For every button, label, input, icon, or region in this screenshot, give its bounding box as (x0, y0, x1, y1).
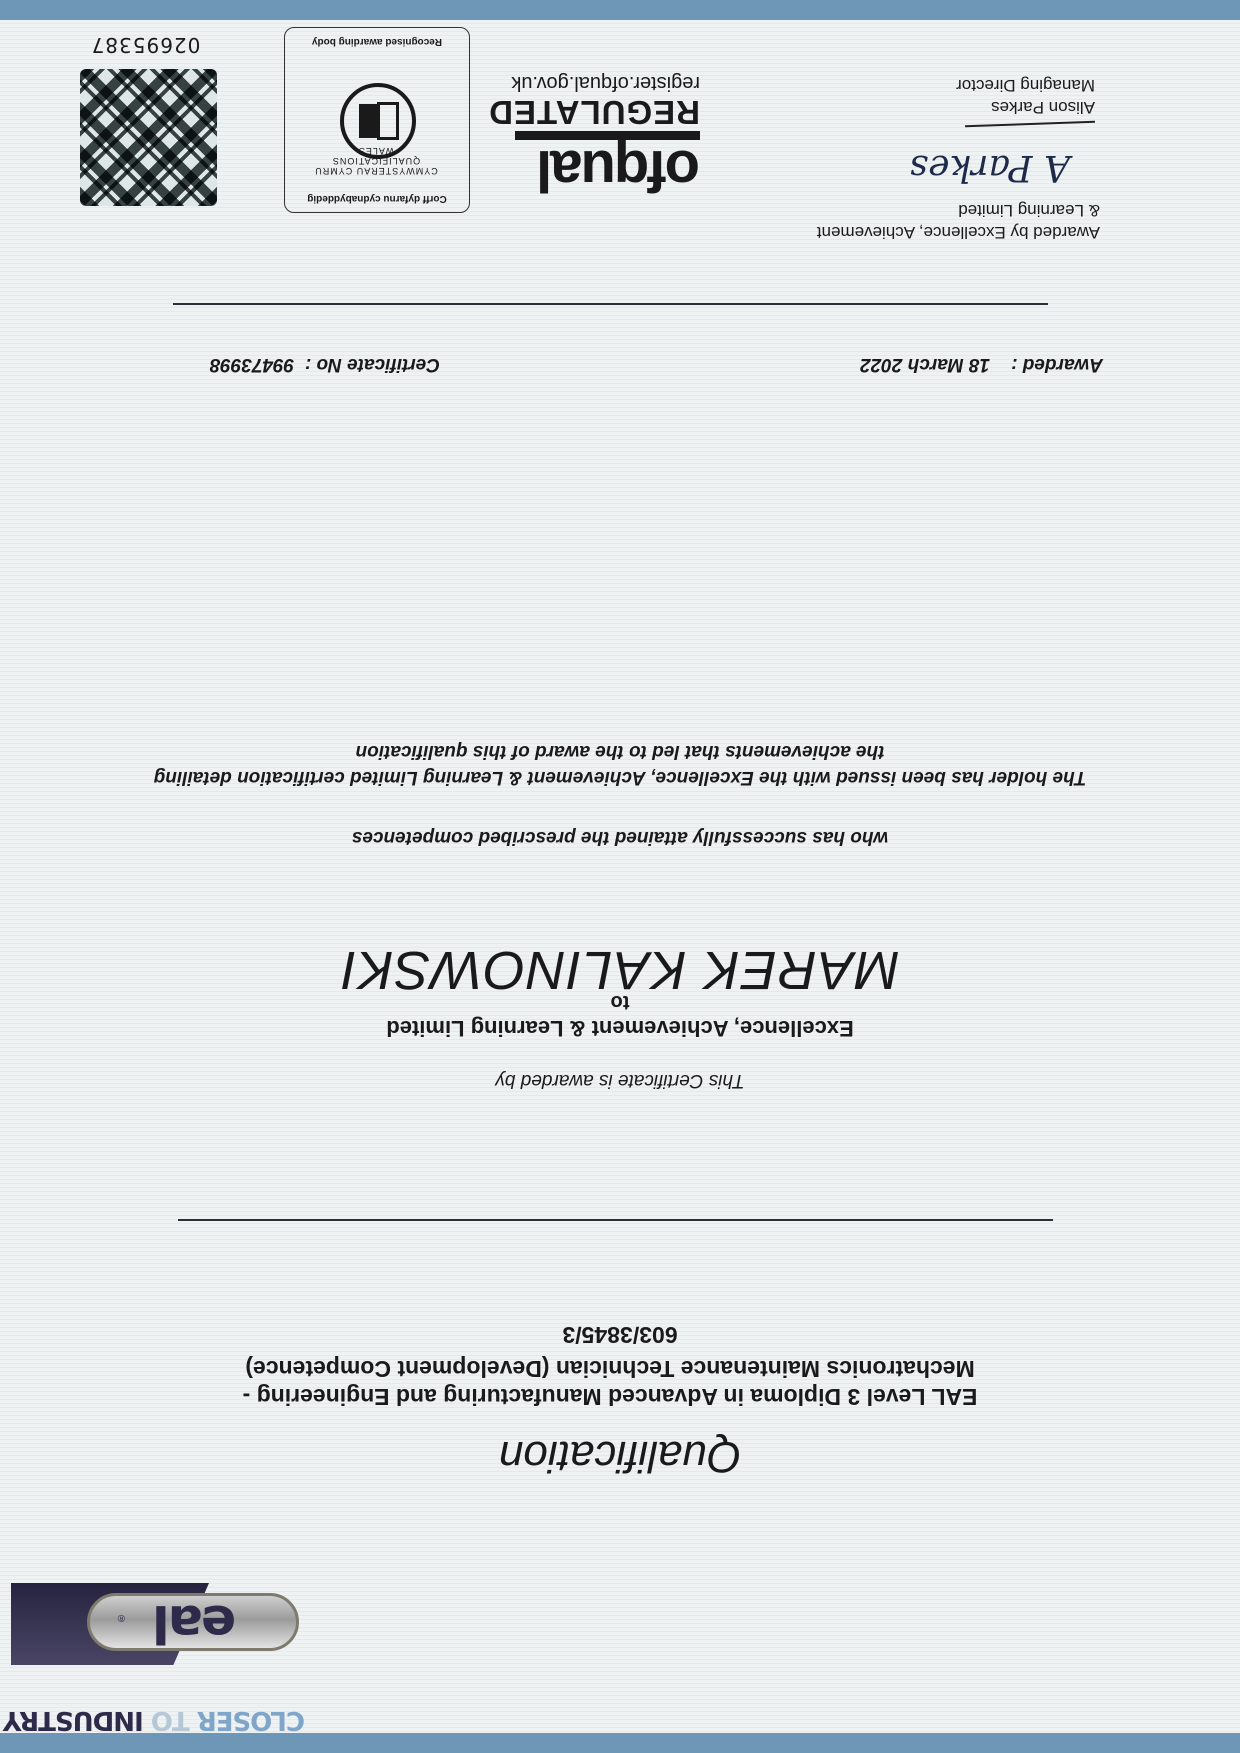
awarded-date-row: Awarded : 18 March 2022 (860, 353, 1103, 375)
qualifications-wales-badge: Corff dyfarnu cydnabyddedig CYMWYSTERAU … (284, 27, 470, 213)
tagline: CLOSER TO INDUSTRY (15, 1705, 305, 1735)
signatory-title: Managing Director (956, 74, 1095, 96)
serial-number: 02695387 (77, 33, 214, 57)
divider (173, 303, 1048, 305)
awarded-date: 18 March 2022 (860, 354, 990, 375)
registered-mark: ® (118, 1612, 125, 1623)
tagline-industry: INDUSTRY (4, 1705, 144, 1735)
organisation-name: Excellence, Achievement & Learning Limit… (0, 1015, 1240, 1041)
certificate-number: 99473998 (210, 354, 295, 375)
qualification-heading: Qualification (0, 1431, 1240, 1481)
awarded-label: Awarded : (1011, 354, 1103, 375)
bottom-color-band (0, 0, 1240, 20)
awarded-by-line-2: & Learning Limited (720, 199, 1100, 221)
qw-bottom-caption: Corff dyfarnu cydnabyddedig (285, 193, 469, 204)
signatory-name: Alison Parkes (956, 96, 1095, 118)
certificate-page: CLOSER TO INDUSTRY eal ® Qualification E… (0, 0, 1240, 1753)
eal-logo: CLOSER TO INDUSTRY eal ® (15, 1563, 305, 1743)
tagline-closer: CLOSER (190, 1705, 305, 1735)
signature-block: Awarded by Excellence, Achievement & Lea… (720, 199, 1100, 243)
door-open-icon (359, 104, 377, 138)
qualification-code: 603/3845/3 (0, 1321, 1240, 1348)
awarded-by-label: This Certificate is awarded by (0, 1069, 1240, 1091)
certificate-number-row: Certificate No : 99473998 (210, 353, 440, 375)
qualification-name: EAL Level 3 Diploma in Advanced Manufact… (200, 1355, 1020, 1411)
holder-statement: The holder has been issued with the Exce… (140, 738, 1100, 790)
certificate-label: Certificate No : (305, 354, 440, 375)
handwritten-signature: A Parkes (910, 156, 1070, 178)
awarded-by-line-1: Awarded by Excellence, Achievement (720, 221, 1100, 243)
qw-top-caption: Recognised awarding body (285, 36, 469, 47)
ofqual-mark: ofqual REGULATED register.ofqual.gov.uk (515, 71, 700, 198)
door-icon (377, 102, 399, 140)
divider (178, 1219, 1053, 1221)
ofqual-wordmark: ofqual (515, 142, 700, 198)
competence-statement: who has successfully attained the prescr… (0, 826, 1240, 848)
signature-line (965, 121, 1095, 128)
security-hologram (80, 69, 217, 206)
tagline-to: TO (144, 1705, 190, 1735)
ofqual-regulated: REGULATED (515, 95, 700, 129)
signatory: Alison Parkes Managing Director (956, 74, 1095, 118)
ofqual-url: register.ofqual.gov.uk (515, 71, 700, 95)
holder-name: MAREK KALINOWSKI (0, 939, 1240, 1001)
logo-wordmark: eal (135, 1593, 255, 1653)
